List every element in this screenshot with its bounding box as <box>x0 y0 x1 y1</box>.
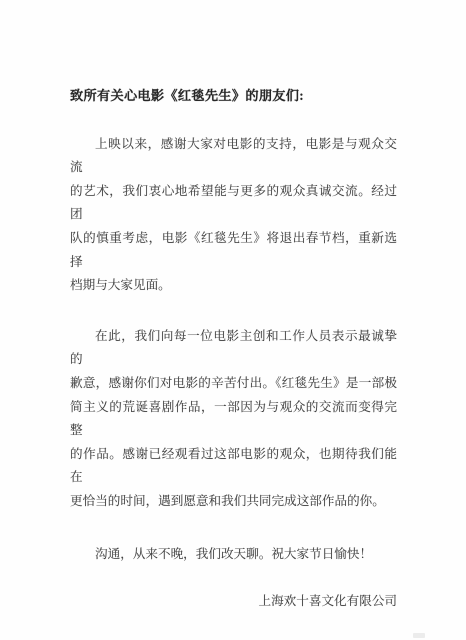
text-line: 歉意，感谢你们对电影的辛苦付出。《红毯先生》是一部极 <box>70 372 397 396</box>
text-line: 更恰当的时间，遇到愿意和我们共同完成这部作品的你。 <box>70 490 397 514</box>
letter-body: 致所有关心电影《红毯先生》的朋友们: 上映以来，感谢大家对电影的支持，电影是与观… <box>70 84 397 614</box>
letter-page: 致所有关心电影《红毯先生》的朋友们: 上映以来，感谢大家对电影的支持，电影是与观… <box>0 0 466 640</box>
closing-line: 沟通，从来不晚，我们改天聊。祝大家节日愉快！ <box>70 543 397 567</box>
watermark-remnant <box>413 633 425 638</box>
text-line: 队的慎重考虑，电影《红毯先生》将退出春节档，重新选择 <box>70 227 397 274</box>
text-line: 简主义的荒诞喜剧作品，一部因为与观众的交流而变得完整 <box>70 396 397 443</box>
paragraph-2: 在此，我们向每一位电影主创和工作人员表示最诚挚的 歉意，感谢你们对电影的辛苦付出… <box>70 325 397 514</box>
paragraph-1: 上映以来，感谢大家对电影的支持，电影是与观众交流 的艺术，我们衷心地希望能与更多… <box>70 133 397 298</box>
text-line: 在此，我们向每一位电影主创和工作人员表示最诚挚的 <box>70 325 397 372</box>
text-line: 的艺术，我们衷心地希望能与更多的观众真诚交流。经过团 <box>70 180 397 227</box>
text-line: 的作品。感谢已经观看过这部电影的观众，也期待我们能在 <box>70 443 397 490</box>
signature: 上海欢十喜文化有限公司 <box>70 590 397 614</box>
text-line: 上映以来，感谢大家对电影的支持，电影是与观众交流 <box>70 133 397 180</box>
text-line: 档期与大家见面。 <box>70 274 397 298</box>
letter-title: 致所有关心电影《红毯先生》的朋友们: <box>70 84 397 108</box>
